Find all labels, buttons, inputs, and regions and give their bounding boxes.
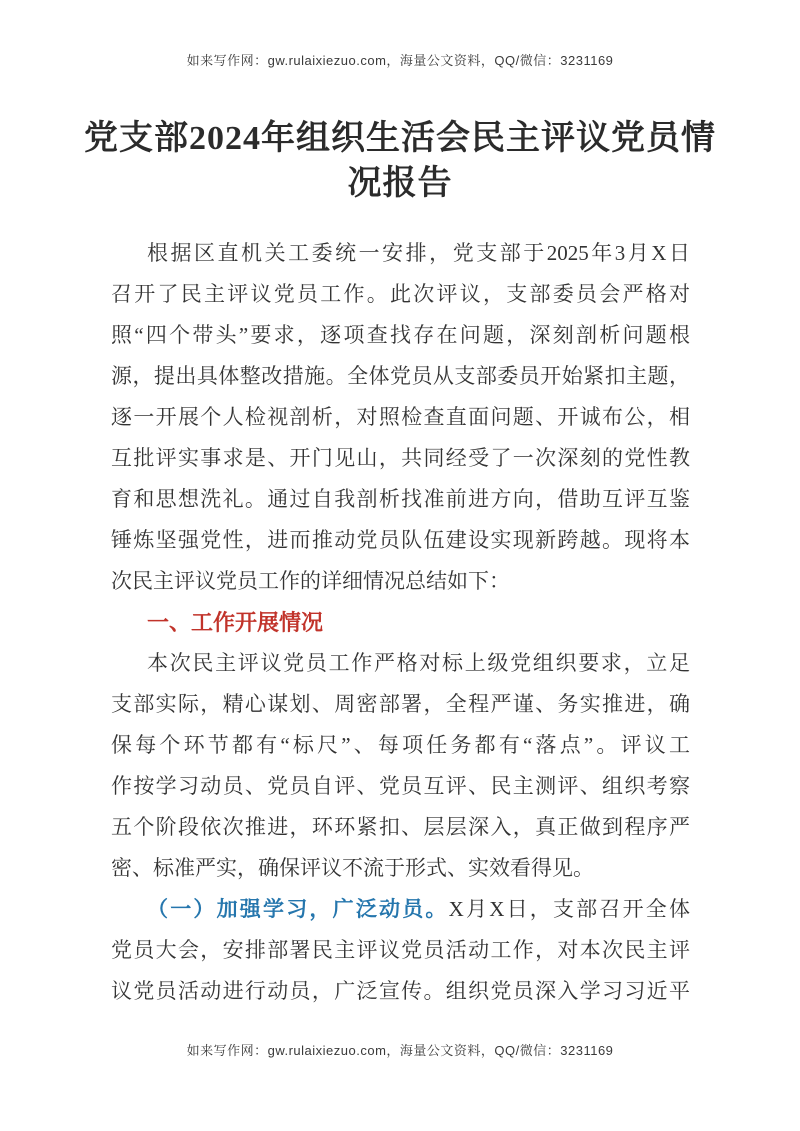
subsection-lead: （一）加强学习，广泛动员。: [147, 897, 449, 921]
text-line: 照“四个带头”要求，逐项查找存在问题，深刻剖析问题根: [111, 315, 690, 356]
document-title: 党支部2024年组织生活会民主评议党员情况报告: [60, 116, 740, 206]
text-line: 召开了民主评议党员工作。此次评议，支部委员会严格对: [111, 274, 690, 315]
text-line: 育和思想洗礼。通过自我剖析找准前进方向，借助互评互鉴: [111, 479, 690, 520]
text-segment: X月X日，支部召开全体: [449, 897, 690, 921]
text-line: 支部实际，精心谋划、周密部署，全程严谨、务实推进，确: [111, 684, 690, 725]
text-line: 党员大会，安排部署民主评议党员活动工作，对本次民主评: [111, 930, 690, 971]
site-watermark-header: 如来写作网：gw.rulaixiezuo.com，海量公文资料，QQ/微信：32…: [0, 52, 800, 69]
text-line: 锤炼坚强党性，进而推动党员队伍建设实现新跨越。现将本: [111, 520, 690, 561]
text-line: 源，提出具体整改措施。全体党员从支部委员开始紧扣主题，: [111, 356, 690, 397]
text-line: 议党员活动进行动员，广泛宣传。组织党员深入学习习近平: [111, 971, 690, 1012]
text-line: （一）加强学习，广泛动员。X月X日，支部召开全体: [111, 889, 690, 930]
text-line: 根据区直机关工委统一安排，党支部于2025年3月X日: [111, 233, 690, 274]
section-heading: 一、工作开展情况: [111, 602, 690, 643]
text-line: 本次民主评议党员工作严格对标上级党组织要求，立足: [111, 643, 690, 684]
text-line: 密、标准严实，确保评议不流于形式、实效看得见。: [111, 848, 690, 889]
site-watermark-footer: 如来写作网：gw.rulaixiezuo.com，海量公文资料，QQ/微信：32…: [0, 1042, 800, 1059]
document-page: 如来写作网：gw.rulaixiezuo.com，海量公文资料，QQ/微信：32…: [0, 0, 800, 1131]
text-line: 次民主评议党员工作的详细情况总结如下：: [111, 561, 690, 602]
text-line: 五个阶段依次推进，环环紧扣、层层深入，真正做到程序严: [111, 807, 690, 848]
document-title-line: 况报告: [60, 161, 740, 206]
text-line: 逐一开展个人检视剖析，对照检查直面问题、开诚布公，相: [111, 397, 690, 438]
text-line: 保每个环节都有“标尺”、每项任务都有“落点”。评议工: [111, 725, 690, 766]
text-line: 互批评实事求是、开门见山，共同经受了一次深刻的党性教: [111, 438, 690, 479]
document-body: 根据区直机关工委统一安排，党支部于2025年3月X日召开了民主评议党员工作。此次…: [111, 233, 690, 1012]
document-title-line: 党支部2024年组织生活会民主评议党员情: [60, 116, 740, 161]
text-line: 作按学习动员、党员自评、党员互评、民主测评、组织考察: [111, 766, 690, 807]
